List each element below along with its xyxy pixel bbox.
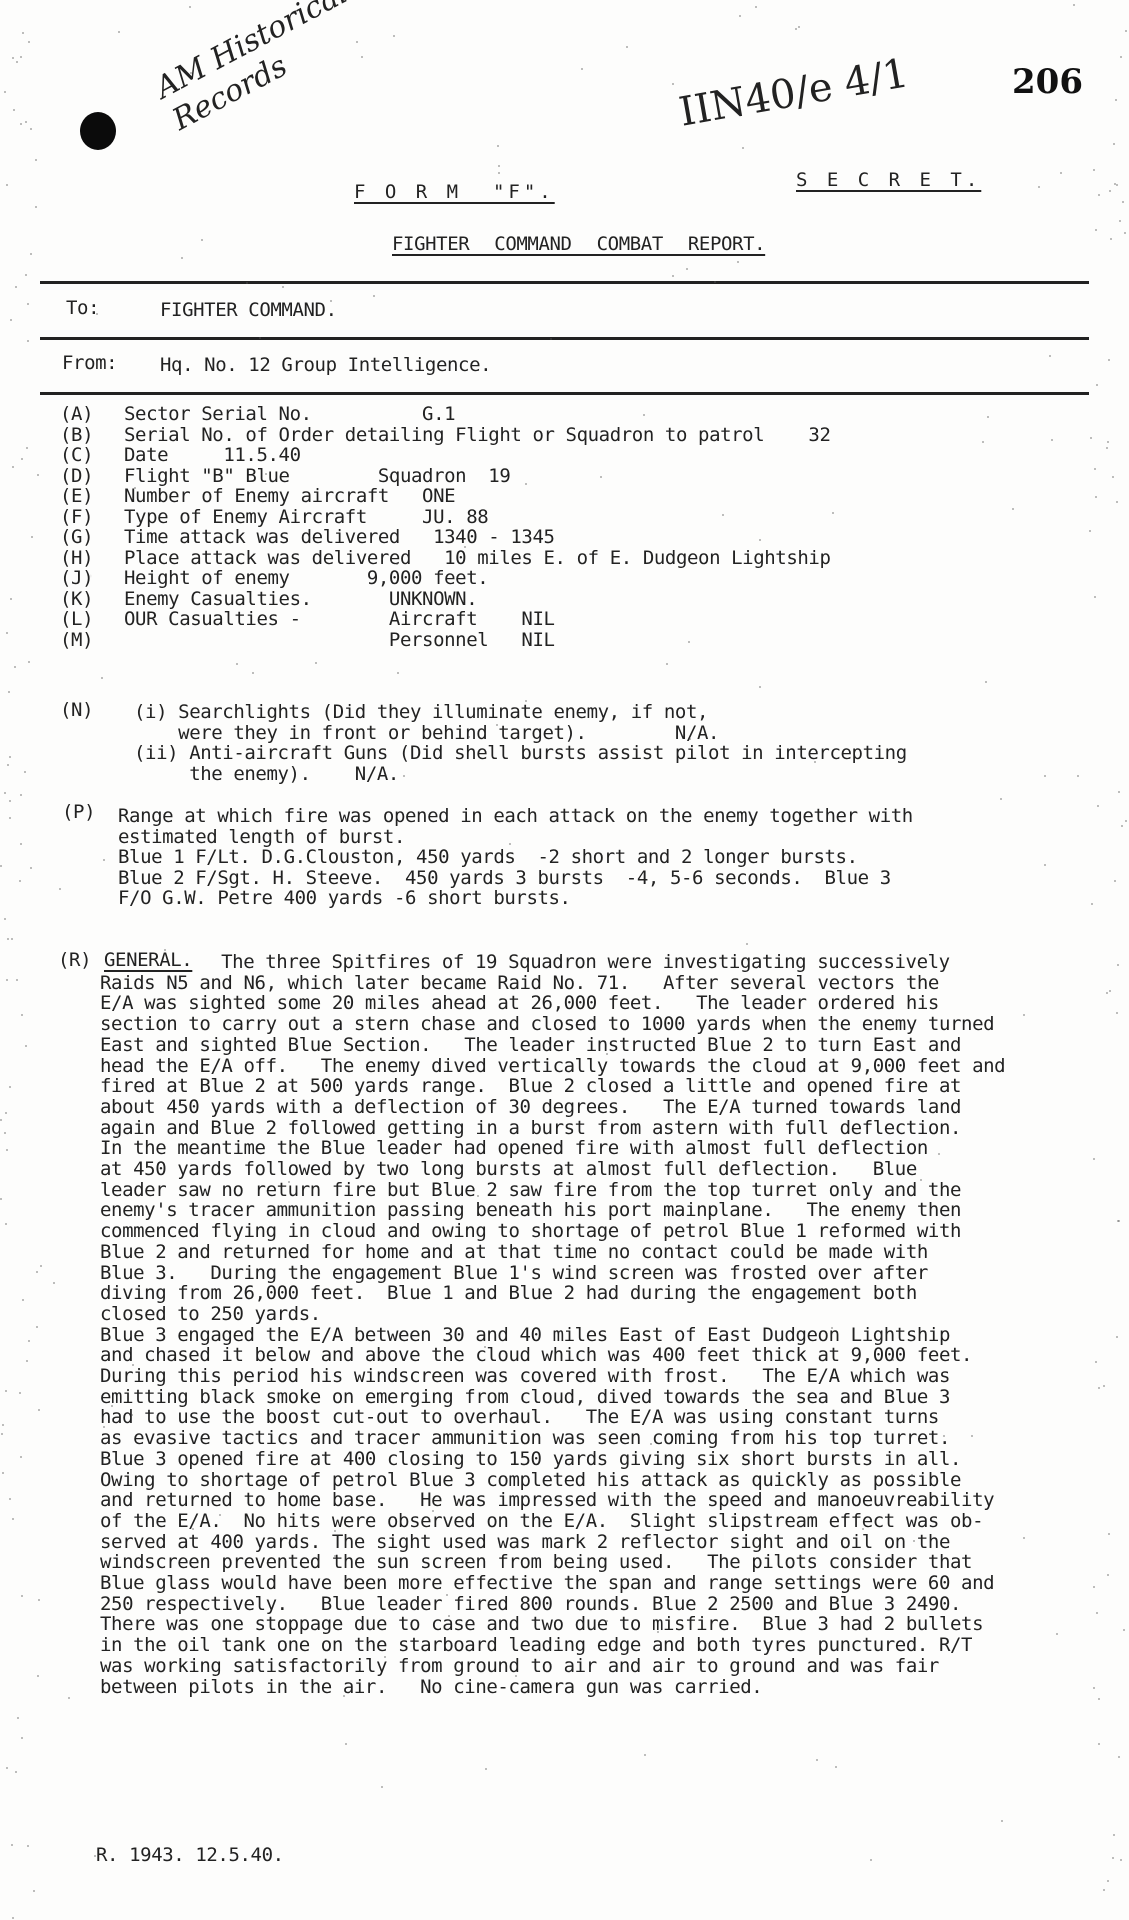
scan-noise [2,1472,4,1474]
scan-noise [722,514,724,516]
punch-hole [80,112,116,150]
classification-label: S E C R E T. [796,170,981,191]
scan-noise [432,1510,434,1512]
scan-noise [1115,99,1117,101]
scan-noise [282,286,284,288]
scan-noise [1089,530,1091,532]
scan-noise [21,1737,23,1739]
scan-noise [1124,232,1126,234]
scan-noise [1093,169,1095,171]
scan-noise [103,859,105,861]
scan-noise [581,68,583,70]
scan-noise [118,31,120,33]
scan-noise [30,867,32,869]
text-line: commenced flying in cloud and owing to s… [100,1221,961,1242]
scan-noise [688,641,690,643]
scan-noise [1098,1743,1100,1745]
scan-noise [21,1014,23,1016]
scan-noise [28,661,30,663]
scan-noise [19,880,21,882]
scan-noise [606,1620,608,1622]
scan-noise [1116,184,1118,186]
field-text: Number of Enemy aircraft ONE [124,486,455,507]
scan-noise [26,447,28,449]
scan-noise [25,274,27,276]
scan-noise [464,546,466,548]
scan-noise [35,206,37,208]
scan-noise [1107,1574,1109,1576]
field-text: Type of Enemy Aircraft JU. 88 [124,507,488,528]
scan-noise [30,253,32,255]
scan-noise [938,1153,940,1155]
scan-noise [626,46,628,48]
handwritten-annotation: AM Historical Records [150,0,413,139]
scan-noise [1116,1012,1118,1014]
field-letter: (A) [60,404,93,425]
field-letter: (C) [60,445,93,466]
scan-noise [737,261,739,263]
scan-noise [643,414,645,416]
scan-noise [1113,143,1115,145]
scan-noise [33,1890,35,1892]
text-line: Blue 3. During the engagement Blue 1's w… [100,1263,928,1284]
scan-noise [345,1743,347,1745]
scan-noise [7,764,9,766]
field-letter: (K) [60,589,93,610]
scan-noise [1106,447,1108,449]
scan-noise [6,979,8,981]
scan-noise [334,1555,336,1557]
scan-noise [68,1697,70,1699]
scan-noise [759,686,761,688]
scan-noise [987,416,989,418]
scan-noise [1038,186,1040,188]
scan-noise [53,1282,55,1284]
text-line: windscreen prevented the sun screen from… [100,1552,972,1573]
scan-noise [666,663,668,665]
scan-noise [8,691,10,693]
scan-noise [13,109,15,111]
scan-noise [9,1498,11,1500]
scan-noise [1121,825,1123,827]
scan-noise [6,1767,8,1769]
handwritten-reference: IIN40/e 4/1 [676,50,912,136]
scan-noise [38,1409,40,1411]
text-line: again and Blue 2 followed getting in a b… [100,1118,961,1139]
scan-noise [468,736,470,738]
scan-noise [26,1360,28,1362]
scan-noise [515,1675,517,1677]
text-line: as evasive tactics and tracer ammunition… [100,1428,950,1449]
scan-noise [1125,30,1127,32]
scan-noise [181,257,183,259]
scan-noise [17,1717,19,1719]
scan-noise [1117,1220,1119,1222]
scan-noise [189,6,191,8]
scan-noise [4,1132,6,1134]
scan-noise [498,172,500,174]
scan-noise [832,512,834,514]
text-line: Blue 3 engaged the E/A between 30 and 40… [100,1325,950,1346]
scan-noise [27,1845,29,1847]
scan-noise [201,239,203,241]
scan-noise [252,672,254,674]
scan-noise [1098,1387,1100,1389]
field-letter: (G) [60,527,93,548]
scan-noise [22,32,24,34]
scan-noise [15,1771,17,1773]
scan-noise [30,128,32,130]
scan-noise [111,1405,113,1407]
scan-noise [1119,220,1121,222]
scan-noise [913,1540,915,1542]
from-label: From: [62,353,117,374]
text-line: (i) Searchlights (Did they illuminate en… [134,702,708,723]
scan-noise [971,1435,973,1437]
scan-noise [393,35,395,37]
scan-noise [28,1340,30,1342]
scan-noise [1091,903,1093,905]
field-letter: (B) [60,425,93,446]
scan-noise [759,539,761,541]
scan-noise [1060,172,1062,174]
scan-noise [20,794,22,796]
scan-noise [1118,1756,1120,1758]
field-text: Date 11.5.40 [124,445,301,466]
from-value: Hq. No. 12 Group Intelligence. [160,355,491,376]
scan-noise [1023,1014,1025,1016]
scan-noise [742,147,744,149]
scan-noise [20,1456,22,1458]
scan-noise [5,1390,7,1392]
scan-noise [484,1346,486,1348]
text-line: and chased it below and above the cloud … [100,1345,972,1366]
text-line: diving from 26,000 feet. Blue 1 and Blue… [100,1283,917,1304]
scan-noise [835,1766,837,1768]
scan-noise [631,1565,633,1567]
scan-noise [1117,964,1119,966]
scan-noise [1110,238,1112,240]
scan-noise [1103,1889,1105,1891]
field-text: Flight "B" Blue Squadron 19 [124,466,510,487]
scan-noise [10,319,12,321]
text-line: Blue 3 opened fire at 400 closing to 150… [100,1449,961,1470]
field-letter: (M) [60,630,93,651]
scan-noise [1093,1687,1095,1689]
scan-noise [1093,1158,1095,1160]
scan-noise [1073,4,1075,6]
scan-noise [1116,1336,1118,1338]
scan-noise [1109,990,1111,992]
scan-noise [525,483,527,485]
scan-noise [689,738,691,740]
scan-noise [798,26,800,28]
scan-noise [497,145,499,147]
scan-noise [396,563,398,565]
text-line: about 450 yards with a deflection of 30 … [100,1097,961,1118]
scan-noise [1001,1820,1003,1822]
text-line: had to use the boost cut-out to overhaul… [100,1407,939,1428]
scan-noise [1108,1533,1110,1535]
scan-noise [1077,775,1079,777]
scan-noise [6,184,8,186]
scan-noise [739,15,741,17]
scan-noise [2,1424,4,1426]
scan-noise [1096,1612,1098,1614]
text-line: 250 respectively. Blue leader fired 800 … [100,1594,961,1615]
text-line: (ii) Anti-aircraft Guns (Did shell burst… [134,743,907,764]
scan-noise [498,165,500,167]
field-text: Time attack was delivered 1340 - 1345 [124,527,555,548]
text-line: was working satisfactorily from ground t… [100,1656,939,1677]
text-line: Blue glass would have been more effectiv… [100,1573,994,1594]
text-line: During this period his windscreen was co… [100,1366,950,1387]
scan-noise [6,632,8,634]
scan-noise [1098,1698,1100,1700]
scan-noise [59,888,61,890]
scan-noise [1114,183,1116,185]
text-line: East and sighted Blue Section. The leade… [100,1035,961,1056]
scan-noise [1044,864,1046,866]
divider [40,281,1089,284]
scan-noise [6,1149,8,1151]
scan-noise [330,300,332,302]
scan-noise [672,275,674,277]
scan-noise [397,672,399,674]
scan-noise [16,61,18,63]
scan-noise [1120,56,1122,58]
field-letter: (R) [58,950,91,971]
field-text: Enemy Casualties. UNKNOWN. [124,589,477,610]
text-line: were they in front or behind target). N/… [134,723,719,744]
scan-noise [12,466,14,468]
scan-noise [27,303,29,305]
form-label: F O R M "F". [354,182,555,203]
scan-noise [9,756,11,758]
field-letter: (F) [60,507,93,528]
scan-noise [20,56,22,58]
scan-noise [36,1326,38,1328]
field-letter: (N) [60,700,93,721]
scan-noise [12,1917,14,1919]
scan-noise [1095,229,1097,231]
text-line: enemy's tracer ammunition passing beneat… [100,1200,961,1221]
field-letter: (H) [60,548,93,569]
scan-noise [1051,439,1053,441]
scan-noise [448,1615,450,1617]
field-letter: (D) [60,466,93,487]
scan-noise [24,771,26,773]
scan-noise [101,677,103,679]
text-line: between pilots in the air. No cine-camer… [100,1677,762,1698]
scan-noise [35,159,37,161]
text-line: the enemy). N/A. [134,764,399,785]
scan-noise [25,1045,27,1047]
text-line: estimated length of burst. [118,827,405,848]
scan-noise [1113,1834,1115,1836]
scan-noise [1093,1586,1095,1588]
scan-noise [12,57,14,59]
scan-noise [943,1435,945,1437]
scan-noise [246,282,248,284]
scan-noise [530,240,532,242]
scan-noise [1107,441,1109,443]
scan-noise [389,476,391,478]
scan-noise [0,1119,2,1121]
text-line: E/A was sighted some 20 miles ahead at 2… [100,993,939,1014]
text-line: Blue 1 F/Lt. D.G.Clouston, 450 yards -2 … [118,847,858,868]
scan-noise [21,1595,23,1597]
scan-noise [1044,775,1046,777]
scan-noise [36,1271,38,1273]
text-line: Blue 2 F/Sgt. H. Steeve. 450 yards 3 bur… [118,868,891,889]
scan-noise [1023,1537,1025,1539]
text-line: of the E/A. No hits were observed on the… [100,1511,983,1532]
scan-noise [5,1112,7,1114]
document-title: FIGHTER COMMAND COMBAT REPORT. [392,234,765,255]
divider [40,392,1089,395]
scan-noise [1056,1633,1058,1635]
document-page: AM Historical Records IIN40/e 4/1 206 F … [0,0,1129,1920]
scan-noise [795,28,797,30]
scan-noise [37,474,39,476]
to-label: To: [66,298,99,319]
text-line: Raids N5 and N6, which later became Raid… [100,973,939,994]
scan-noise [1120,1859,1122,1861]
field-letter: (E) [60,486,93,507]
scan-noise [1095,496,1097,498]
field-letter: (P) [62,802,95,823]
scan-noise [15,286,17,288]
scan-noise [236,663,238,665]
scan-noise [1049,355,1051,357]
field-text: Personnel NIL [124,630,555,651]
scan-noise [1118,791,1120,793]
scan-noise [373,295,375,297]
scan-noise [525,700,527,702]
text-line: closed to 250 yards. [100,1304,321,1325]
scan-noise [819,1355,821,1357]
scan-noise [911,1474,913,1476]
scan-noise [0,865,2,867]
scan-noise [103,1426,105,1428]
scan-noise [16,979,18,981]
scan-noise [1112,476,1114,478]
scan-noise [25,121,27,123]
scan-noise [1012,508,1014,510]
field-letter: (J) [60,568,93,589]
scan-noise [259,337,261,339]
scan-noise [11,938,13,940]
scan-noise [982,441,984,443]
to-value: FIGHTER COMMAND. [160,300,337,321]
scan-noise [1000,798,1002,800]
text-line: There was one stoppage due to case and t… [100,1614,983,1635]
scan-noise [11,1844,13,1846]
scan-noise [384,1656,386,1658]
scan-noise [1098,194,1100,196]
scan-noise [755,6,757,8]
scan-noise [1112,1857,1114,1859]
scan-noise [315,662,317,664]
scan-noise [9,800,11,802]
scan-noise [1,1433,3,1435]
scan-noise [672,83,674,85]
scan-noise [1106,992,1108,994]
scan-noise [27,340,29,342]
scan-noise [1097,805,1099,807]
scan-noise [403,775,405,777]
text-line: and returned to home base. He was impres… [100,1490,994,1511]
text-line: The three Spitfires of 19 Squadron were … [188,952,950,973]
text-line: Blue 2 and returned for home and at that… [100,1242,928,1263]
scan-noise [21,458,23,460]
footer-reference: R. 1943. 12.5.40. [96,1845,284,1866]
scan-noise [19,1392,21,1394]
scan-noise [1123,1629,1125,1631]
scan-noise [1116,501,1118,503]
field-text: Sector Serial No. G.1 [124,404,455,425]
scan-noise [644,1754,646,1756]
text-line: leader saw no return fire but Blue 2 saw… [100,1180,961,1201]
scan-noise [4,91,6,93]
scan-noise [1125,820,1127,822]
text-line: F/O G.W. Petre 400 yards -6 short bursts… [118,888,571,909]
field-text: OUR Casualties - Aircraft NIL [124,609,555,630]
scan-noise [746,943,748,945]
scan-noise [37,1675,39,1677]
text-line: in the oil tank one on the starboard lea… [100,1635,972,1656]
scan-noise [985,681,987,683]
field-text: Place attack was delivered 10 miles E. o… [124,548,831,569]
scan-noise [10,598,12,600]
scan-noise [38,1599,40,1601]
scan-noise [1122,201,1124,203]
scan-noise [22,1299,24,1301]
scan-noise [1108,359,1110,361]
scan-noise [31,536,33,538]
scan-noise [5,1223,7,1225]
scan-noise [9,817,11,819]
scan-noise [28,41,30,43]
scan-noise [816,1759,818,1761]
scan-noise [40,1265,42,1267]
scan-noise [1095,1361,1097,1363]
scan-noise [1107,1880,1109,1882]
field-letter: (L) [60,609,93,630]
scan-noise [4,918,6,920]
scan-noise [600,476,602,478]
scan-noise [485,1768,487,1770]
scan-noise [1090,437,1092,439]
scan-noise [1114,880,1116,882]
scan-noise [686,268,688,270]
scan-noise [12,1518,14,1520]
scan-noise [9,1086,11,1088]
text-line: fired at Blue 2 at 500 yards range. Blue… [100,1076,961,1097]
scan-noise [20,843,22,845]
page-number: 206 [1012,62,1083,102]
scan-noise [265,473,267,475]
scan-noise [1103,1385,1105,1387]
text-line: head the E/A off. The enemy dived vertic… [100,1056,1005,1077]
general-heading: GENERAL. [104,950,192,971]
scan-noise [7,938,9,940]
scan-noise [477,1195,479,1197]
scan-noise [0,1198,2,1200]
text-line: section to carry out a stern chase and c… [100,1014,994,1035]
scan-noise [20,123,22,125]
